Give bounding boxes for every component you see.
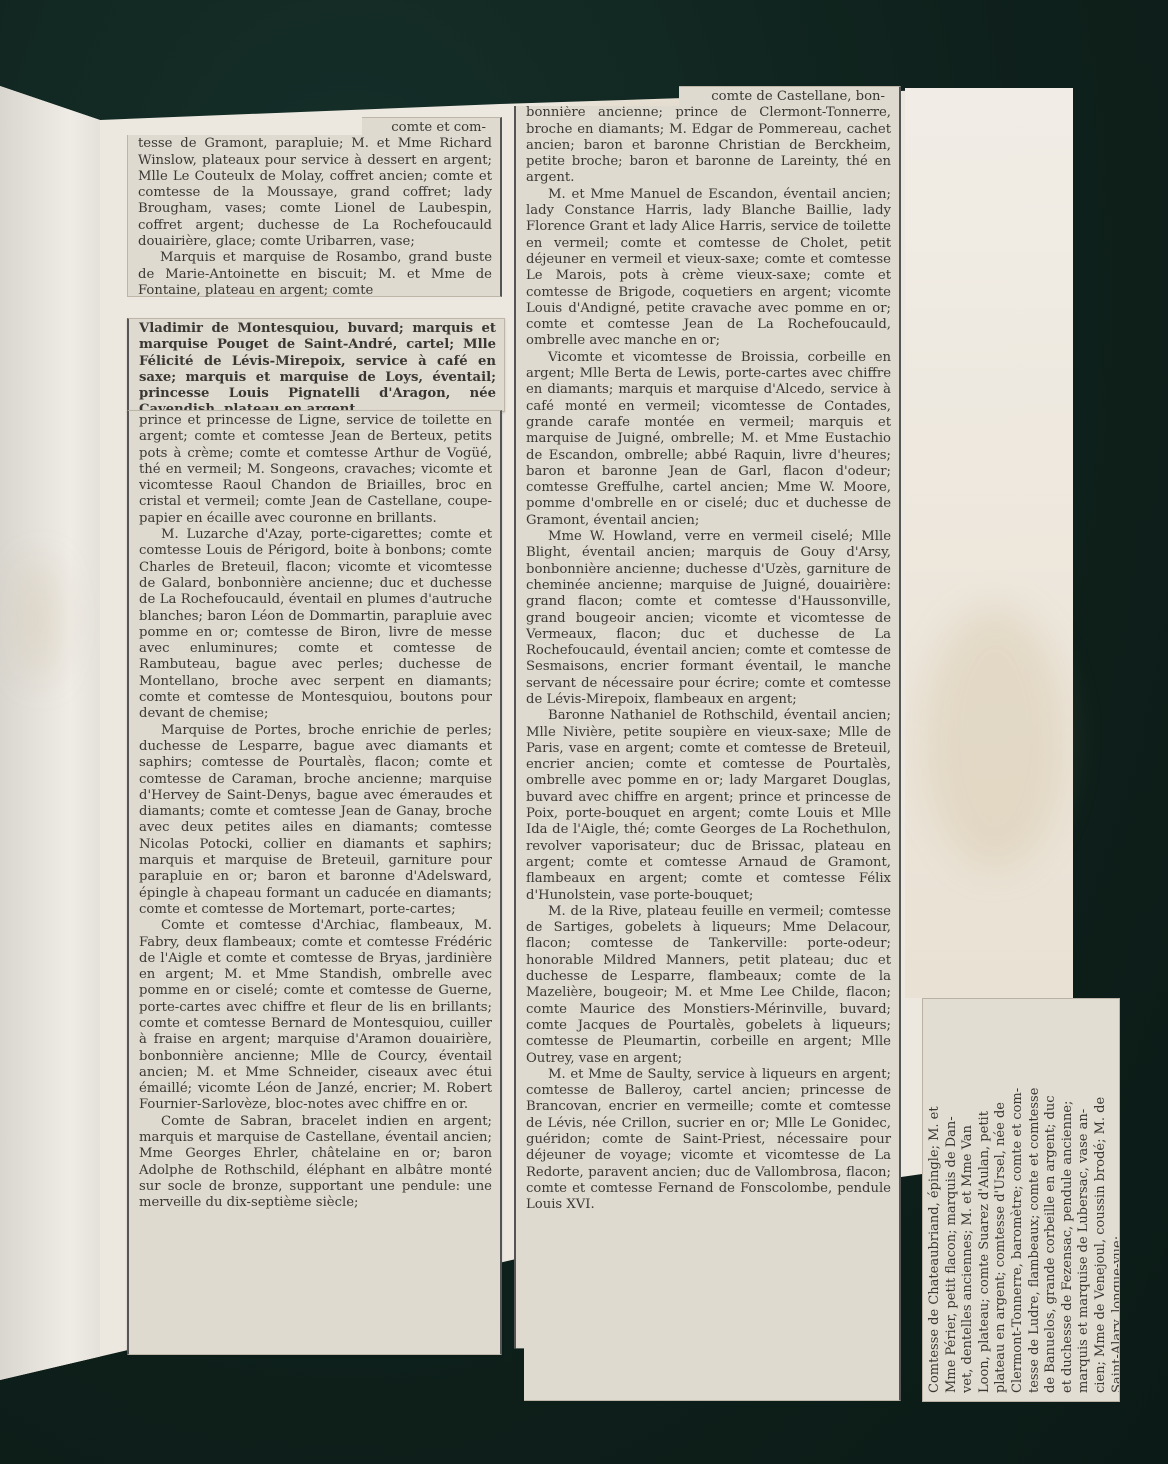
clipping-paragraph: Comte de Sabran, bracelet indien en arge… <box>139 1114 492 1212</box>
rotated-line: cien; Mme de Venejoul, coussin brodé; M.… <box>1093 1007 1110 1393</box>
clipping-left-main: prince et princesse de Ligne, service de… <box>127 410 502 1355</box>
rotated-line: marquis et marquise de Lubersac, vase an… <box>1076 1007 1093 1393</box>
rotated-line: plateau en argent; comtesse d'Ursel, née… <box>993 1007 1010 1393</box>
clipping-paragraph: Marquis et marquise de Rosambo, grand bu… <box>138 250 492 299</box>
rotated-line: de Banuelos, grande corbeille en argent;… <box>1043 1007 1060 1393</box>
clipping-paragraph: Vicomte et vicomtesse de Broissia, corbe… <box>526 350 891 529</box>
clipping-paragraph: Baronne Nathaniel de Rothschild, éventai… <box>526 708 891 904</box>
backing-paper-right-flap <box>905 88 1073 998</box>
clipping-paragraph: M. et Mme Manuel de Escandon, éventail a… <box>526 187 891 350</box>
paper-stain <box>20 560 60 680</box>
rotated-line: Comtesse de Chateaubriand, épingle; M. e… <box>927 1007 944 1393</box>
clipping-paragraph: bonnière ancienne; prince de Clermont-To… <box>526 105 891 186</box>
clipping-left-heading-block: Vladimir de Montesquiou, buvard; marquis… <box>127 318 505 412</box>
rotated-line: Loon, plateau; comte Suarez d'Aulan, pet… <box>977 1007 994 1393</box>
clipping-paragraph: M. et Mme de Saulty, service à liqueurs … <box>526 1067 891 1214</box>
clipping-paragraph: Mme W. Howland, verre en vermeil ciselé;… <box>526 529 891 708</box>
clipping-paragraph: M. Luzarche d'Azay, porte-cigarettes; co… <box>139 527 492 723</box>
clipping-paragraph: prince et princesse de Ligne, service de… <box>139 413 492 527</box>
clipping-rotated-text: Comtesse de Chateaubriand, épingle; M. e… <box>923 999 1119 1401</box>
clipping-paragraph: tesse de Gramont, parapluie; M. et Mme R… <box>138 136 492 250</box>
clipping-paragraph: Comte et comtesse d'Archiac, flambeaux, … <box>139 918 492 1114</box>
clipping-rotated: Comtesse de Chateaubriand, épingle; M. e… <box>922 998 1120 1402</box>
rotated-line: Clermont-Tonnerre, baromètre; comte et c… <box>1010 1007 1027 1393</box>
clipping-paragraph: Marquise de Portes, broche enrichie de p… <box>139 723 492 919</box>
rotated-line: Saint-Alary, longue-vue; <box>1110 1007 1120 1393</box>
clipping-left-top: comte et com- tesse de Gramont, paraplui… <box>127 117 502 297</box>
rotated-line: Mme Périer, petit flacon; marquis de Dan… <box>944 1007 961 1393</box>
clipping-paragraph: M. de la Rive, plateau feuille en vermei… <box>526 904 891 1067</box>
rotated-line: tesse de Ludre, flambeaux; comte et comt… <box>1027 1007 1044 1393</box>
clipping-paragraph: Vladimir de Montesquiou, buvard; marquis… <box>139 321 496 419</box>
rotated-line: et duchesse de Fezensac, pendule ancienn… <box>1060 1007 1077 1393</box>
rotated-line: vet, dentelles anciennes; M. et Mme Van <box>960 1007 977 1393</box>
paper-stain <box>925 608 1065 868</box>
clipping-middle-column: comte de Castellane, bon- bonnière ancie… <box>514 86 901 1401</box>
